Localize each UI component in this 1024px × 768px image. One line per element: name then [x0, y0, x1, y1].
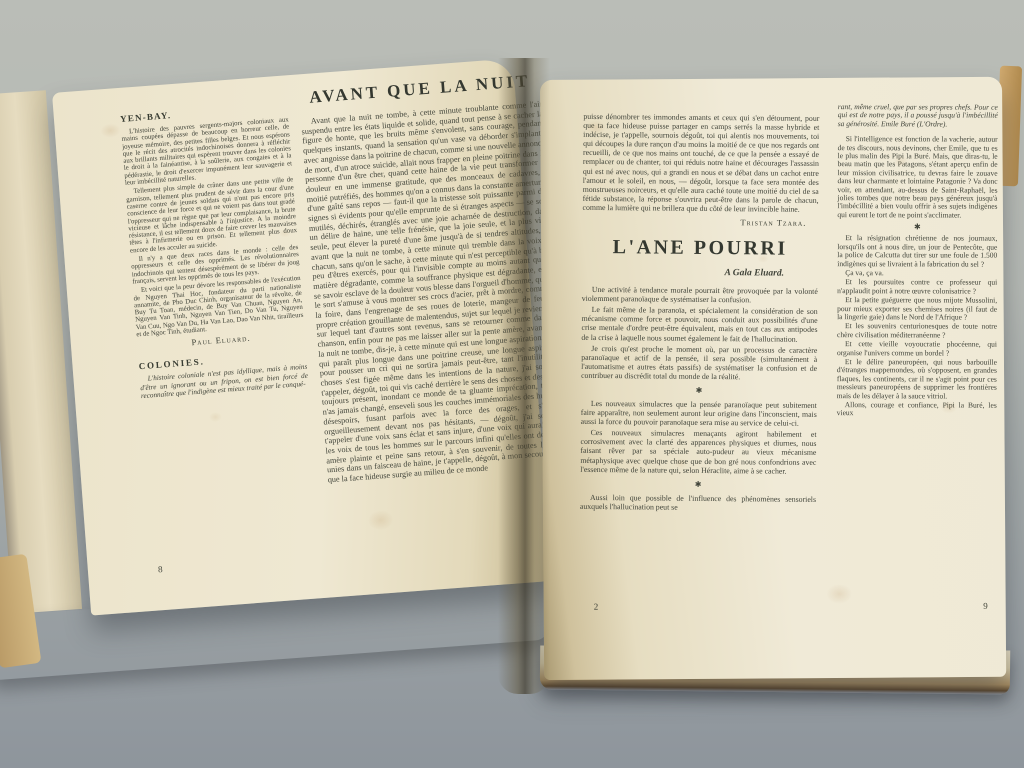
- signature-mark: 2: [594, 602, 599, 612]
- left-page: YEN-BAY. L'histoire des pauvres sergents…: [52, 58, 552, 615]
- page-number-right: 9: [983, 601, 988, 611]
- article-paragraph: Aussi loin que possible de l'influence d…: [580, 493, 816, 513]
- colonies-reply-paragraph: Et le délire paneuropéen, qui nous barbo…: [837, 358, 997, 401]
- article-paragraph: Une activité à tendance morale pourrait …: [582, 285, 818, 305]
- page-number-left: 8: [158, 564, 163, 574]
- colonies-reply-paragraph: Et la résignation chrétienne de nos jour…: [837, 234, 997, 268]
- tzara-signature: Tristan Tzara.: [582, 216, 818, 228]
- dedication: A Gala Eluard.: [582, 267, 818, 279]
- colonies-continuation-column: rant, même cruel, que par ses propres ch…: [837, 103, 998, 419]
- article-paragraph: Je crois qu'est proche le moment où, par…: [581, 343, 817, 381]
- colonies-continuation-quote: rant, même cruel, que par ses propres ch…: [838, 103, 998, 129]
- colonies-reply-paragraph: Et la petite guéguerre que nous mijote M…: [837, 296, 997, 322]
- article-paragraph: Les nouveaux simulacres que la pensée pa…: [581, 399, 817, 428]
- colonies-reply-paragraph: Si l'intelligence est fonction de la vac…: [837, 135, 997, 220]
- main-column: puisse dénombrer tes immondes amants et …: [580, 112, 819, 515]
- book-photo: YEN-BAY. L'histoire des pauvres sergents…: [0, 0, 1024, 768]
- yen-bay-paragraph: Tellement plus simple de crâner dans une…: [125, 177, 297, 255]
- colonies-reply-paragraph: Et cette vieille voyoucratie phocéenne, …: [837, 340, 997, 357]
- article-paragraph: Ces nouveaux simulacres menaçants agiron…: [580, 428, 816, 476]
- colonies-reply-paragraph: Et les poursuites contre ce professeur q…: [837, 278, 997, 295]
- colonies-reply-paragraph: Et les souvenirs centurionesques de tout…: [837, 322, 997, 339]
- avant-que-la-nuit-ending: puisse dénombrer tes immondes amants et …: [583, 112, 820, 214]
- yen-bay-column: YEN-BAY. L'histoire des pauvres sergents…: [120, 101, 309, 402]
- star-separator: ✱: [581, 385, 817, 396]
- yen-bay-paragraph: Et voici que la peur dévore les responsa…: [133, 275, 304, 339]
- right-page: puisse dénombrer tes immondes amants et …: [540, 77, 1006, 680]
- star-separator: ✱: [580, 479, 816, 490]
- ane-pourri-title: L'ANE POURRI: [582, 236, 818, 261]
- gutter-shadow: [498, 58, 550, 694]
- yen-bay-paragraph: L'histoire des pauvres sergents-majors c…: [121, 116, 293, 187]
- colonies-reply-paragraph: Allons, courage et confiance, Pipi la Bu…: [837, 401, 997, 418]
- article-paragraph: Le fait même de la paranoïa, et spéciale…: [581, 305, 817, 343]
- star-separator: ✱: [837, 222, 997, 232]
